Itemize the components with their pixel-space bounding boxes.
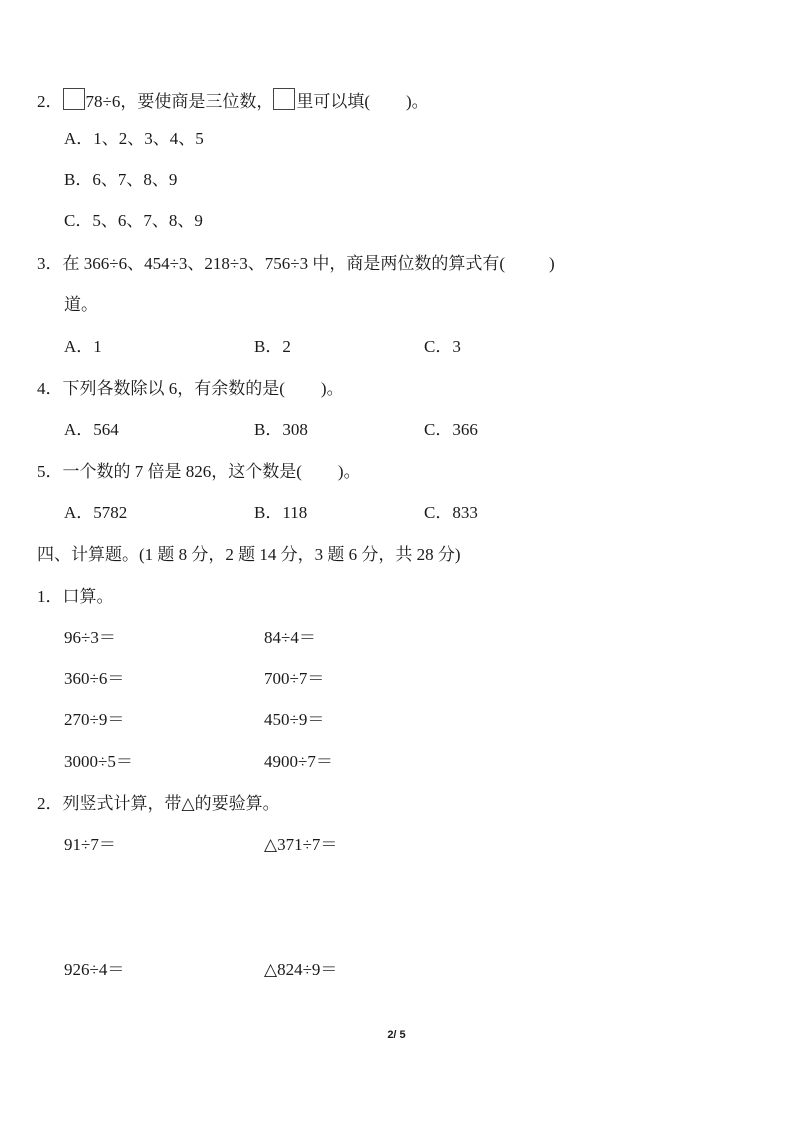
question-text: )。 — [321, 379, 344, 398]
calc-item: △371÷7＝ — [264, 835, 337, 855]
question-number: 2． — [37, 92, 63, 111]
question-text: )。 — [338, 462, 361, 481]
option-b: B．308 — [254, 420, 308, 440]
question-text: 4．下列各数除以 6，有余数的是( — [37, 379, 285, 398]
option-a: A．5782 — [64, 503, 127, 523]
calc-item: 91÷7＝ — [64, 835, 116, 855]
calc-item: 84÷4＝ — [264, 628, 316, 648]
calc-item: △824÷9＝ — [264, 960, 337, 980]
blank-box[interactable] — [273, 88, 295, 110]
option-a: A．1 — [64, 337, 102, 357]
option-c: C．366 — [424, 420, 478, 440]
question-4: 4．下列各数除以 6，有余数的是()。 — [37, 379, 344, 399]
question-text: ) — [549, 254, 555, 273]
option-c: C．3 — [424, 337, 461, 357]
question-text: 3．在 366÷6、454÷3、218÷3、756÷3 中，商是两位数的算式有( — [37, 254, 505, 273]
calc-item: 926÷4＝ — [64, 960, 124, 980]
question-text: 78÷6，要使商是三位数， — [86, 92, 274, 111]
question-text: 5．一个数的 7 倍是 826，这个数是( — [37, 462, 302, 481]
calc-item: 360÷6＝ — [64, 669, 124, 689]
calc-item: 96÷3＝ — [64, 628, 116, 648]
question-5: 5．一个数的 7 倍是 826，这个数是()。 — [37, 462, 361, 482]
option-b: B．6、7、8、9 — [64, 170, 177, 190]
question-2: 2．78÷6，要使商是三位数，里可以填()。 — [37, 88, 429, 112]
question-text: 里可以填( — [296, 92, 370, 111]
option-a: A．1、2、3、4、5 — [64, 129, 204, 149]
page-number: 2/ 5 — [0, 1029, 793, 1041]
option-c: C．833 — [424, 503, 478, 523]
calc-item: 270÷9＝ — [64, 710, 124, 730]
calc-item: 4900÷7＝ — [264, 752, 333, 772]
blank-box[interactable] — [63, 88, 85, 110]
question-3: 3．在 366÷6、454÷3、218÷3、756÷3 中，商是两位数的算式有(… — [37, 254, 555, 274]
option-a: A．564 — [64, 420, 119, 440]
question-3-cont: 道。 — [64, 295, 98, 315]
question-text: )。 — [406, 92, 429, 111]
part-1-title: 1．口算。 — [37, 587, 114, 607]
calc-item: 450÷9＝ — [264, 710, 324, 730]
calc-item: 3000÷5＝ — [64, 752, 133, 772]
calc-item: 700÷7＝ — [264, 669, 324, 689]
section-title: 四、计算题。(1 题 8 分，2 题 14 分，3 题 6 分，共 28 分) — [37, 545, 461, 565]
option-c: C．5、6、7、8、9 — [64, 211, 203, 231]
option-b: B．2 — [254, 337, 291, 357]
option-b: B．118 — [254, 503, 307, 523]
part-2-title: 2．列竖式计算，带△的要验算。 — [37, 794, 280, 814]
